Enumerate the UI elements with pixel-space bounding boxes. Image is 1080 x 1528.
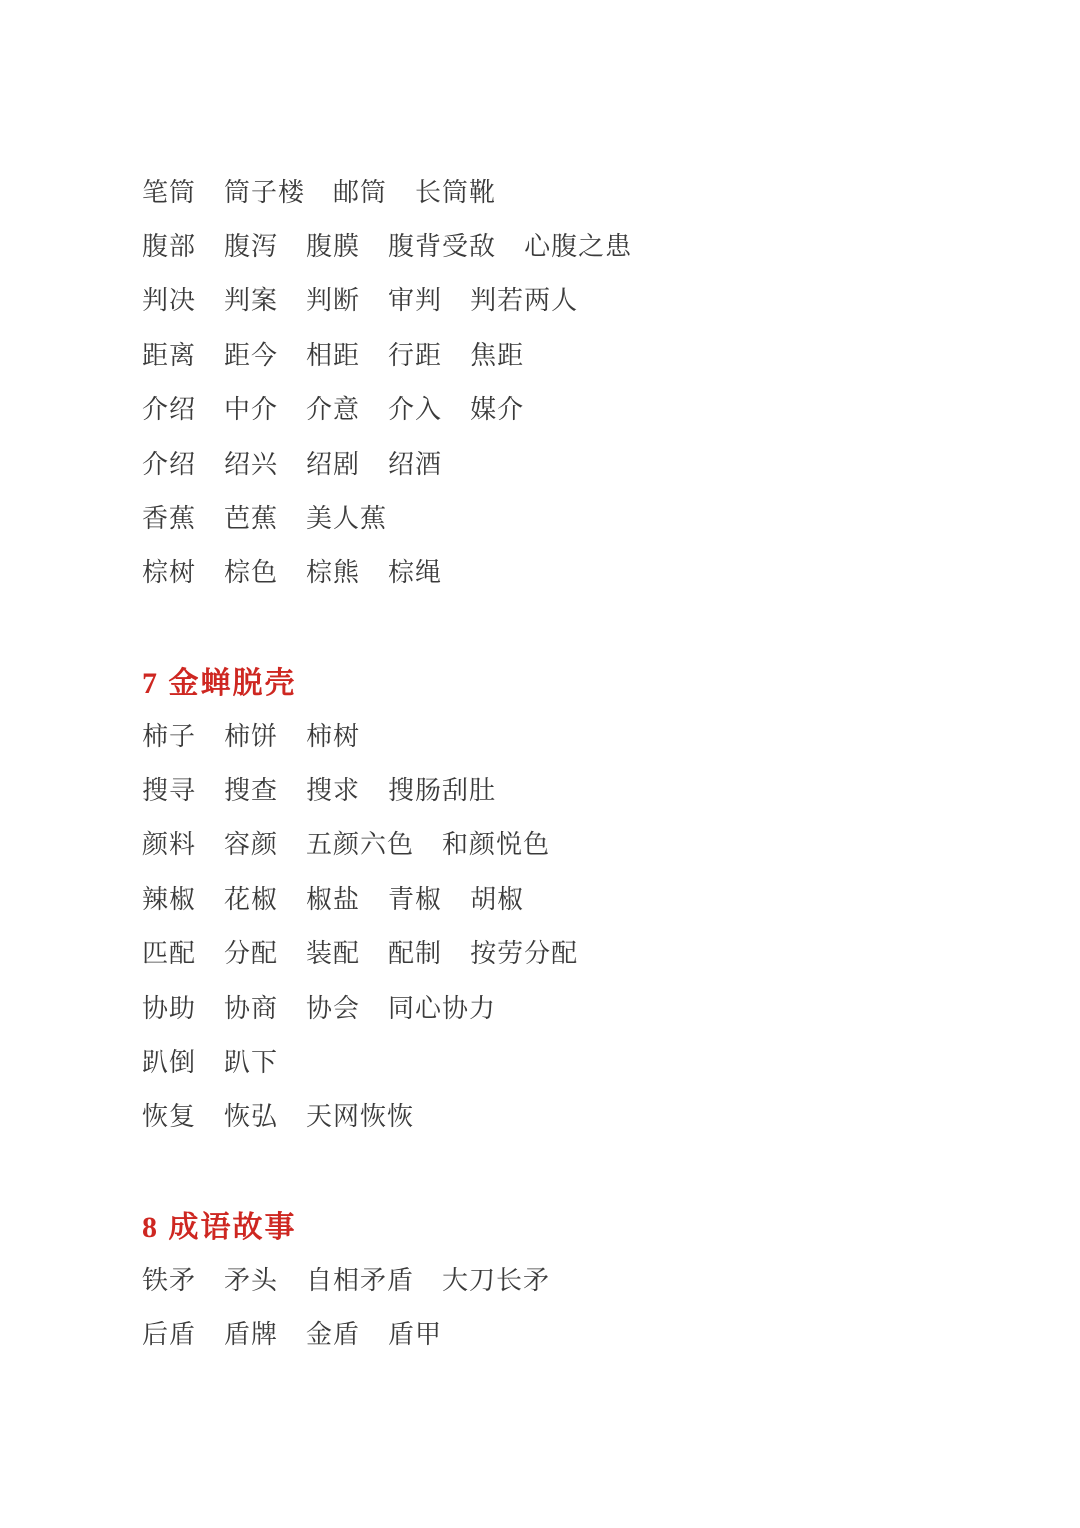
word: 颜料 xyxy=(142,824,196,861)
word: 判若两人 xyxy=(470,280,578,317)
word: 搜寻 xyxy=(142,770,196,807)
word: 椒盐 xyxy=(306,879,360,916)
word: 相距 xyxy=(306,335,360,372)
word: 配制 xyxy=(388,933,442,970)
word: 柿树 xyxy=(306,716,360,753)
word: 五颜六色 xyxy=(306,824,414,861)
word-line: 颜料容颜五颜六色和颜悦色 xyxy=(142,816,1020,870)
word: 胡椒 xyxy=(470,879,524,916)
word: 筒子楼 xyxy=(224,172,305,209)
word-line: 趴倒趴下 xyxy=(142,1033,1020,1087)
word: 判决 xyxy=(142,280,196,317)
word: 协助 xyxy=(142,988,196,1025)
word-line: 腹部腹泻腹膜腹背受敌心腹之患 xyxy=(142,217,1020,271)
section-title: 8 成语故事 xyxy=(142,1196,1020,1250)
document-page: 笔筒筒子楼邮筒长筒靴腹部腹泻腹膜腹背受敌心腹之患判决判案判断审判判若两人距离距今… xyxy=(0,0,1080,1528)
word: 搜求 xyxy=(306,770,360,807)
word-line: 笔筒筒子楼邮筒长筒靴 xyxy=(142,163,1020,217)
lesson-section: 笔筒筒子楼邮筒长筒靴腹部腹泻腹膜腹背受敌心腹之患判决判案判断审判判若两人距离距今… xyxy=(142,163,1020,598)
word: 铁矛 xyxy=(142,1260,196,1297)
word: 盾牌 xyxy=(224,1314,278,1351)
word: 趴倒 xyxy=(142,1042,196,1079)
word: 趴下 xyxy=(224,1042,278,1079)
word: 自相矛盾 xyxy=(306,1260,414,1297)
word: 棕树 xyxy=(142,552,196,589)
word-line: 后盾盾牌金盾盾甲 xyxy=(142,1305,1020,1359)
word: 和颜悦色 xyxy=(442,824,550,861)
word: 媒介 xyxy=(470,389,524,426)
word: 介绍 xyxy=(142,389,196,426)
word: 辣椒 xyxy=(142,879,196,916)
word: 棕色 xyxy=(224,552,278,589)
word: 棕熊 xyxy=(306,552,360,589)
word: 匹配 xyxy=(142,933,196,970)
word: 中介 xyxy=(224,389,278,426)
word-line: 柿子柿饼柿树 xyxy=(142,707,1020,761)
lesson-section: 7 金蝉脱壳柿子柿饼柿树搜寻搜查搜求搜肠刮肚颜料容颜五颜六色和颜悦色辣椒花椒椒盐… xyxy=(142,653,1020,1143)
lesson-section: 8 成语故事铁矛矛头自相矛盾大刀长矛后盾盾牌金盾盾甲 xyxy=(142,1196,1020,1359)
word: 恢复 xyxy=(142,1096,196,1133)
word: 后盾 xyxy=(142,1314,196,1351)
word: 青椒 xyxy=(388,879,442,916)
word: 金盾 xyxy=(306,1314,360,1351)
word: 介绍 xyxy=(142,444,196,481)
word: 搜查 xyxy=(224,770,278,807)
word: 判断 xyxy=(306,280,360,317)
word: 腹部 xyxy=(142,226,196,263)
word: 邮筒 xyxy=(333,172,387,209)
word: 矛头 xyxy=(224,1260,278,1297)
word-line: 匹配分配装配配制按劳分配 xyxy=(142,924,1020,978)
word-line: 搜寻搜查搜求搜肠刮肚 xyxy=(142,761,1020,815)
word: 腹泻 xyxy=(224,226,278,263)
word: 柿子 xyxy=(142,716,196,753)
word: 介入 xyxy=(388,389,442,426)
word: 大刀长矛 xyxy=(442,1260,550,1297)
word: 协商 xyxy=(224,988,278,1025)
word: 行距 xyxy=(388,335,442,372)
word: 天网恢恢 xyxy=(306,1096,414,1133)
word-line: 介绍绍兴绍剧绍酒 xyxy=(142,435,1020,489)
word: 介意 xyxy=(306,389,360,426)
word: 绍兴 xyxy=(224,444,278,481)
word-line: 辣椒花椒椒盐青椒胡椒 xyxy=(142,870,1020,924)
word: 心腹之患 xyxy=(524,226,632,263)
word-line: 棕树棕色棕熊棕绳 xyxy=(142,544,1020,598)
word: 盾甲 xyxy=(388,1314,442,1351)
word: 棕绳 xyxy=(388,552,442,589)
word: 判案 xyxy=(224,280,278,317)
word: 柿饼 xyxy=(224,716,278,753)
word: 恢弘 xyxy=(224,1096,278,1133)
word: 审判 xyxy=(388,280,442,317)
word: 距今 xyxy=(224,335,278,372)
word-line: 铁矛矛头自相矛盾大刀长矛 xyxy=(142,1251,1020,1305)
word: 长筒靴 xyxy=(415,172,496,209)
word: 绍酒 xyxy=(388,444,442,481)
word-line: 距离距今相距行距焦距 xyxy=(142,326,1020,380)
word: 距离 xyxy=(142,335,196,372)
word: 焦距 xyxy=(470,335,524,372)
word: 按劳分配 xyxy=(470,933,578,970)
word-line: 判决判案判断审判判若两人 xyxy=(142,272,1020,326)
word: 同心协力 xyxy=(388,988,496,1025)
word: 美人蕉 xyxy=(306,498,387,535)
word: 笔筒 xyxy=(142,172,196,209)
word: 芭蕉 xyxy=(224,498,278,535)
word: 腹背受敌 xyxy=(388,226,496,263)
word-line: 恢复恢弘天网恢恢 xyxy=(142,1088,1020,1142)
word: 香蕉 xyxy=(142,498,196,535)
word: 绍剧 xyxy=(306,444,360,481)
section-title: 7 金蝉脱壳 xyxy=(142,653,1020,707)
word: 分配 xyxy=(224,933,278,970)
word: 协会 xyxy=(306,988,360,1025)
word-list: 笔筒筒子楼邮筒长筒靴腹部腹泻腹膜腹背受敌心腹之患判决判案判断审判判若两人距离距今… xyxy=(142,163,1020,1360)
word-line: 介绍中介介意介入媒介 xyxy=(142,381,1020,435)
word: 花椒 xyxy=(224,879,278,916)
word: 装配 xyxy=(306,933,360,970)
word-line: 香蕉芭蕉美人蕉 xyxy=(142,489,1020,543)
word: 腹膜 xyxy=(306,226,360,263)
word: 搜肠刮肚 xyxy=(388,770,496,807)
word-line: 协助协商协会同心协力 xyxy=(142,979,1020,1033)
word: 容颜 xyxy=(224,824,278,861)
